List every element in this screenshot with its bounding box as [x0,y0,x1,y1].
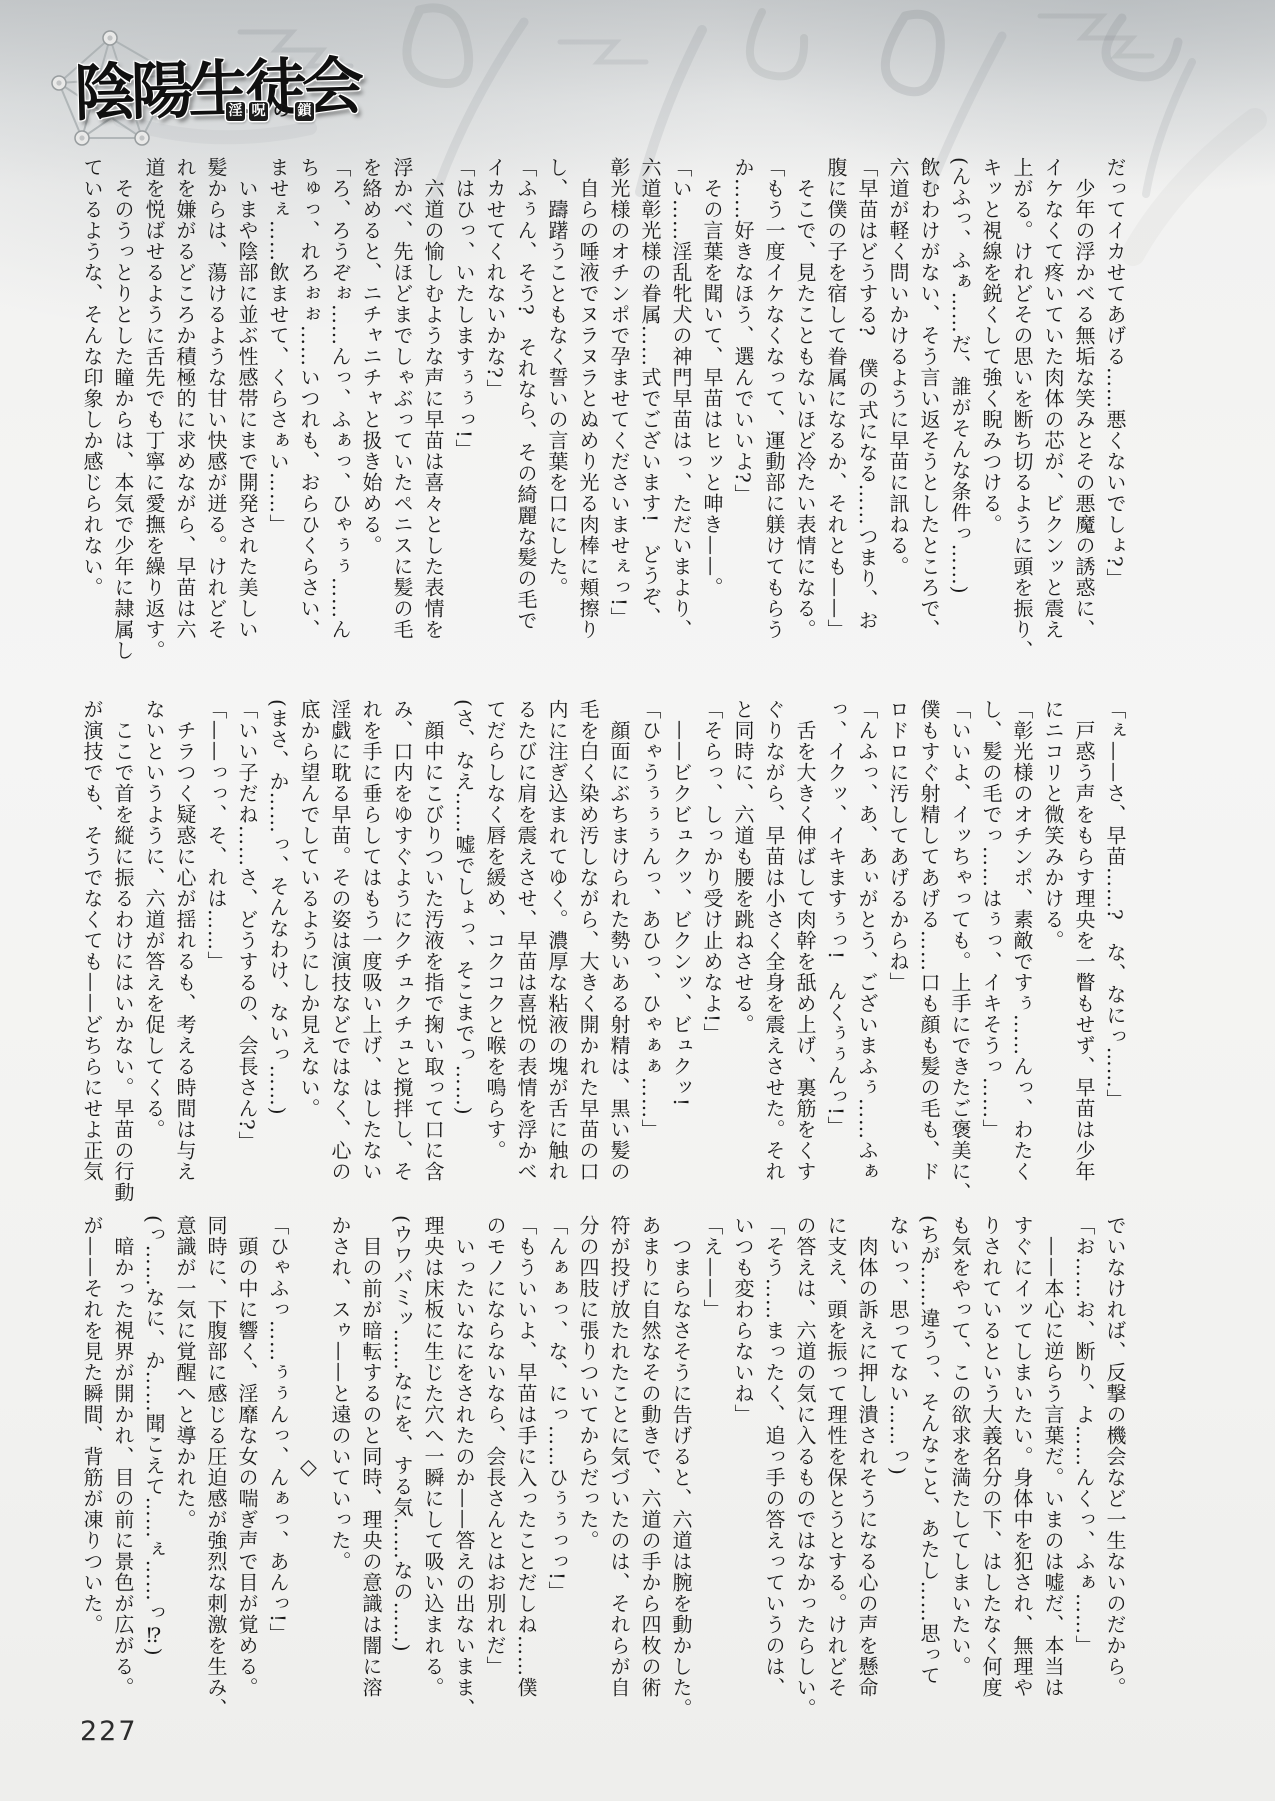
text-column: ロドロに汚してあげるからね」 [882,699,913,1205]
text-column: 「そう……まったく、追っ手の答えっていうのは、 [758,1215,789,1721]
text-column: 「ろ、ろうぞぉ……んっ、ふぁっ、ひゃぅぅ……ん [324,157,355,663]
text-column: 自らの唾液でヌラヌラとぬめり光る肉棒に頬擦り [572,157,603,663]
logo-subtitle-char: 呪 [249,102,268,121]
text-column: すぐにイッてしまいたい。身体中を犯され、無理や [1006,1215,1037,1721]
text-column: てだらしなく唇を緩め、コクコクと喉を鳴らす。 [479,699,510,1205]
text-column: 彰光様のオチンポで孕ませてくださいませぇっ!」 [603,157,634,663]
text-column: いまや陰部に並ぶ性感帯にまで開発された美しい [231,157,262,663]
text-column: 戸惑う声をもらす理央を一瞥もせず、早苗は少年 [1068,699,1099,1205]
text-column: ないというように、六道が答えを促してくる。 [138,699,169,1205]
text-column: そのうっとりとした瞳からは、本気で少年に隷属し [107,157,138,663]
text-column: 目の前が暗転するのと同時、理央の意識は闇に溶 [355,1215,386,1721]
text-column: 肉体の訴えに押し潰されそうになる心の声を懸命 [851,1215,882,1721]
text-column: 浮かべ、先ほどまでしゃぶっていたペニスに髪の毛 [386,157,417,663]
logo-subtitle-char: の [272,102,291,121]
text-column: 顔面にぶちまけられた勢いある射精は、黒い髪の [603,699,634,1205]
text-column: み、口内をゆすぐようにクチュクチュと撹拌し、そ [386,699,417,1205]
text-column: ちゅっ、れろぉぉ……いつれも、おらひくらさい、 [293,157,324,663]
text-column: (ちが……違うっ、そんなこと、あたし……思って [913,1215,944,1721]
text-column: 髪からは、蕩けるような甘い快感が迸る。けれどそ [200,157,231,663]
text-column: 分の四肢に張りついてからだった。 [572,1215,603,1721]
page-number: 227 [80,1716,138,1747]
text-column: つまらなさそうに告げると、六道は腕を動かした。 [665,1215,696,1721]
text-column: 上がる。けれどその思いを断ち切るように頭を振り、 [1006,157,1037,663]
text-column: (さ、なえ……嘘でしょっ、そこまでっ……) [448,699,479,1205]
text-column: れを手に垂らしてはもう一度吸い上げ、はしたない [355,699,386,1205]
text-column: ているような、そんな印象しか感じられない。 [76,157,107,663]
text-column: に支え、頭を振って理性を保とうとする。けれどそ [820,1215,851,1721]
text-column: 同時に、下腹部に感じる圧迫感が強烈な刺激を生み、 [200,1215,231,1721]
text-column: が演技でも、そうでなくても——どちらにせよ正気 [76,699,107,1205]
text-column: だってイカせてあげる……悪くないでしょ?」 [1099,157,1130,663]
text-column: イカせてくれないかな?」 [479,157,510,663]
text-column: れを嫌がるどころか積極的に求めながら、早苗は六 [169,157,200,663]
text-column: ぐりながら、早苗は小さく全身を震えさせた。それ [758,699,789,1205]
text-column: かされ、スゥ——と遠のいていった。 [324,1215,355,1721]
text-column: チラつく疑惑に心が揺れるも、考える時間は与え [169,699,200,1205]
text-column: 「早苗はどうする? 僕の式になる……つまり、お [851,157,882,663]
text-block-bottom: でいなければ、反撃の機会など一生ないのだから。「お……お、断り、よ……んくっ、ふ… [76,1215,1130,1721]
text-column: か……好きなほう、選んでいいよ?」 [727,157,758,663]
text-column: し、躊躇うこともなく誓いの言葉を口にした。 [541,157,572,663]
text-column: イケなくて疼いていた肉体の芯が、ビクンッと震え [1037,157,1068,663]
text-column: 「い……淫乱牝犬の神門早苗はっ、ただいまより、 [665,157,696,663]
text-column: (っ……なに、か……聞こえて……ぇ……っ⁉) [138,1215,169,1721]
text-column: 「はひっ、いたしますぅぅっ!」 [448,157,479,663]
text-column: 毛を白く染め汚しながら、大きく開かれた早苗の口 [572,699,603,1205]
text-column: 六道の愉しむような声に早苗は喜々とした表情を [417,157,448,663]
text-column: ——ビクビュクッ、ビクンッ、ビュクッ! [665,699,696,1205]
text-column: 「ひゃふっ……ぅぅんっ、んぁっ、あんっ!」 [262,1215,293,1721]
text-column: 少年の浮かべる無垢な笑みとその悪魔の誘惑に、 [1068,157,1099,663]
text-column: 舌を大きく伸ばして肉幹を舐め上げ、裏筋をくす [789,699,820,1205]
text-column: キッと視線を鋭くして強く睨みつける。 [975,157,1006,663]
text-column: りされているという大義名分の下、はしたなく何度 [975,1215,1006,1721]
text-column: し、髪の毛でっ……はぅっ、イキそうっ……」 [975,699,1006,1205]
logo-subtitle-char: 鎖 [295,102,314,121]
novel-page: 陰陽生徒会 淫呪の鎖 だってイカせてあげる……悪くないでしょ?」 少年の浮かべる… [0,0,1275,1801]
text-column: 内に注ぎ込まれてゆく。濃厚な粘液の塊が舌に触れ [541,699,572,1205]
text-column: 意識が一気に覚醒へと導かれた。 [169,1215,200,1721]
text-column: でいなければ、反撃の機会など一生ないのだから。 [1099,1215,1130,1721]
text-column: 「もう一度イケなくなって、運動部に躾けてもらう [758,157,789,663]
text-column: を絡めると、ニチャニチャと扱き始める。 [355,157,386,663]
text-column: 腹に僕の子を宿して眷属になるか、それとも——」 [820,157,851,663]
text-column: 「え——」 [696,1215,727,1721]
text-column: にニコリと微笑みかける。 [1037,699,1068,1205]
text-column: 符が投げ放たれたことに気づいたのは、それらが自 [603,1215,634,1721]
text-column: 六道彰光様の眷属……式でございます! どうぞ、 [634,157,665,663]
text-column: が——それを見た瞬間、背筋が凍りついた。 [76,1215,107,1721]
text-column: いつも変わらないね」 [727,1215,758,1721]
text-column: (まさ、か……っ、そんなわけ、ないっ……) [262,699,293,1205]
text-column: と同時に、六道も腰を跳ねさせる。 [727,699,758,1205]
text-column: ◇ [293,1215,324,1721]
text-column: 頭の中に響く、淫靡な女の喘ぎ声で目が覚める。 [231,1215,262,1721]
text-column: 暗かった視界が開かれ、目の前に景色が広がる。 [107,1215,138,1721]
text-column: 「——っっ、そ、れは……」 [200,699,231,1205]
text-column: ませぇ……飲ませて、くらさぁい……」 [262,157,293,663]
text-column: 「んふっ、あ、あぃがとう、ございまふぅ……ふぁ [851,699,882,1205]
logo-title: 陰陽生徒会 [73,36,360,132]
text-column: 「彰光様のオチンポ、素敵ですぅ……んっ、わたく [1006,699,1037,1205]
text-column: 「ふぅん、そう? それなら、その綺麗な髪の毛で [510,157,541,663]
text-column: 「いいよ、イッちゃっても。上手にできたご褒美に、 [944,699,975,1205]
series-logo: 陰陽生徒会 淫呪の鎖 [28,18,388,178]
text-column: 「ぇ——さ、早苗……? な、なにっ……」 [1099,699,1130,1205]
text-column: 「お……お、断り、よ……んくっ、ふぁ……」 [1068,1215,1099,1721]
text-column: いったいなにをされたのか——答えの出ないまま、 [448,1215,479,1721]
text-column: 「もういいよ、早苗は手に入ったことだしね……僕 [510,1215,541,1721]
text-column: 飲むわけがない、そう言い返そうとしたところで、 [913,157,944,663]
text-column: 僕もすぐ射精してあげる……口も顔も髪の毛も、ド [913,699,944,1205]
text-column: 「ひゃうぅぅぅんっ、あひっ、ひゃぁぁ……」 [634,699,665,1205]
logo-subtitle: 淫呪の鎖 [226,102,314,121]
text-column: るたびに肩を震えさせ、早苗は喜悦の表情を浮かべ [510,699,541,1205]
text-column: あまりに自然なその動きで、六道の手から四枚の術 [634,1215,665,1721]
text-column: の答えは、六道の気に入るものではなかったらしい。 [789,1215,820,1721]
text-column: ここで首を縦に振るわけにはいかない。早苗の行動 [107,699,138,1205]
text-block-middle: 「ぇ——さ、早苗……? な、なにっ……」 戸惑う声をもらす理央を一瞥もせず、早苗… [76,699,1130,1205]
text-block-top: だってイカせてあげる……悪くないでしょ?」 少年の浮かべる無垢な笑みとその悪魔の… [76,157,1130,663]
text-column: のモノにならないなら、会長さんとはお別れだ」 [479,1215,510,1721]
text-column: 六道が軽く問いかけるように早苗に訊ねる。 [882,157,913,663]
text-column: 理央は床板に生じた穴へ一瞬にして吸い込まれる。 [417,1215,448,1721]
text-column: 顔中にこびりついた汚液を指で掬い取って口に含 [417,699,448,1205]
text-column: っ、イクッ、イキますぅっ! んくぅぅんっ!」 [820,699,851,1205]
text-column: 「そらっ、しっかり受け止めなよ!」 [696,699,727,1205]
logo-subtitle-char: 淫 [226,102,245,121]
text-column: 「いい子だね……さ、どうするの、会長さん?」 [231,699,262,1205]
text-column: (ウワバミッ……なにを、する気……なの……) [386,1215,417,1721]
text-column: 底から望んでしているようにしか見えない。 [293,699,324,1205]
text-column: 淫戯に耽る早苗。その姿は演技などではなく、心の [324,699,355,1205]
text-column: 「んぁぁっ、な、にっ……ひぅぅっっ!」 [541,1215,572,1721]
text-column: ——本心に逆らう言葉だ。いまのは嘘だ、本当は [1037,1215,1068,1721]
text-column: ないっ、思ってない……っ) [882,1215,913,1721]
text-column: も気をやって、この欲求を満たしてしまいたい。 [944,1215,975,1721]
text-column: (んふっ、ふぁ……だ、誰がそんな条件っ……) [944,157,975,663]
text-column: その言葉を聞いて、早苗はヒッと呻き——。 [696,157,727,663]
text-column: そこで、見たこともないほど冷たい表情になる。 [789,157,820,663]
text-column: 道を悦ばせるように舌先でも丁寧に愛撫を繰り返す。 [138,157,169,663]
